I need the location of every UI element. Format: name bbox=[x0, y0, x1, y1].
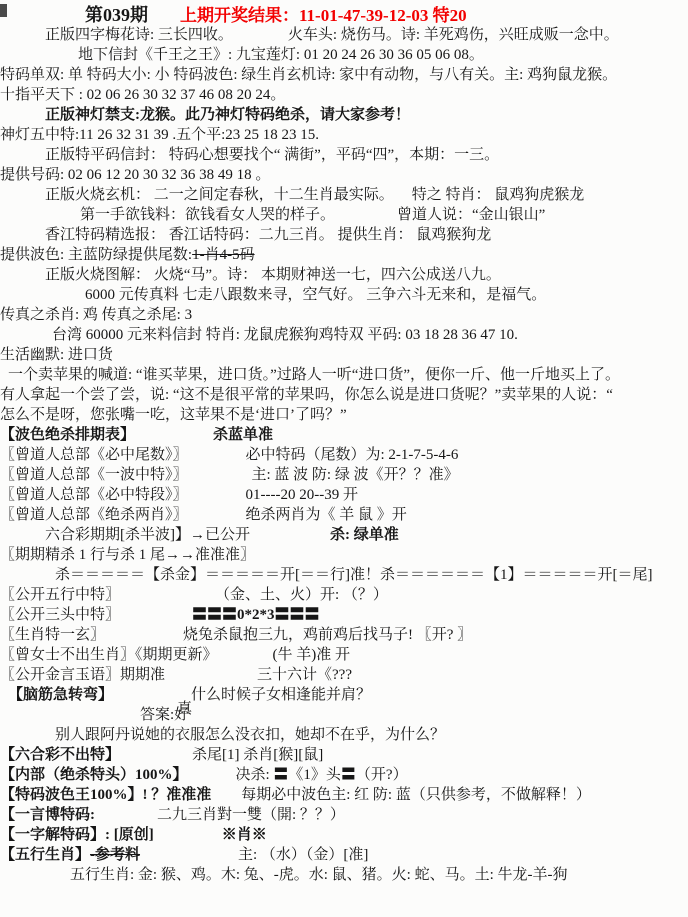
text-segment: 好真 bbox=[174, 705, 189, 725]
text-segment: 【特码波色王100%】! ？准准准 bbox=[0, 785, 211, 805]
text-segment: 五行生肖: 金: 猴、鸡。木: 兔、-虎。水: 鼠、猪。火: 蛇、马。土: 牛龙… bbox=[70, 865, 568, 885]
text-segment: 【五行生肖】 bbox=[0, 845, 90, 865]
text-line: 〖曾道人总部《必中特段》〗01----20 20--39 开 bbox=[0, 485, 688, 505]
text-segment: 曾道人说：“金山银山” bbox=[397, 205, 545, 225]
text-segment: 〓〓〓0*2*3〓〓〓 bbox=[192, 605, 320, 625]
text-segment: （金、土、火）开: （？） bbox=[215, 585, 388, 605]
text-line: 一个卖苹果的喊道: “谁买苹果，进口货。”过路人一听“进口货”，便你一斤、他一斤… bbox=[0, 365, 688, 385]
text-segment: 火车头: 烧伤马。诗: 羊死鸡伤，兴旺成贩一念中。 bbox=[288, 25, 619, 45]
text-line: 传真之杀肖: 鸡 传真之杀尾: 3 bbox=[0, 305, 688, 325]
text-line: 十指平天下 : 02 06 26 30 32 37 46 08 20 24。 bbox=[0, 85, 688, 105]
text-segment: 二九三肖對一雙（開: ？？） bbox=[157, 805, 345, 825]
text-line: 地下信封《千王之王》: 九宝莲灯: 01 20 24 26 30 36 05 0… bbox=[0, 45, 688, 65]
text-segment: 特码单双: 单 特码大小: 小 特码波色: 绿生肖玄机诗: 家中有动物，与八有关… bbox=[0, 65, 617, 85]
text-segment: 〖曾道人总部《必中尾数》〗 bbox=[0, 445, 188, 465]
text-segment: 〖公开金言玉语〗期期准 bbox=[0, 665, 165, 685]
scan-artifact bbox=[0, 4, 7, 17]
document-body: 第039期上期开奖结果：11-01-47-39-12-03 特20正版四字梅花诗… bbox=[0, 5, 688, 885]
text-segment: 什么时候子女相逢能并肩？ bbox=[191, 685, 371, 705]
text-line: 【一字解特码】: [原创]※肖※ bbox=[0, 825, 688, 845]
text-segment: 上期开奖结果：11-01-47-39-12-03 特20 bbox=[180, 6, 467, 26]
text-line: 有人拿起一个尝了尝，说: “这不是很平常的苹果吗，你怎么说是进口货呢？”卖苹果的… bbox=[0, 385, 688, 405]
text-segment: 正版火烧图解： 火烧“马”。诗： 本期财神送一七，四六公成送八九。 bbox=[45, 265, 501, 285]
text-segment: 香江特码精选报： 香江话特码：二九三肖。 提供生肖： 鼠鸡猴狗龙 bbox=[45, 225, 491, 245]
text-line: 正版神灯禁支:龙猴。此乃神灯特码绝杀，请大家参考！ bbox=[0, 105, 688, 125]
overlapped-char: 真 bbox=[177, 699, 192, 719]
text-line: 〖期期精杀 1 行与杀 1 尾→→准准准〗 bbox=[0, 545, 688, 565]
text-line: 正版特平码信封： 特码心想要找个“ 满街”，平码“四”，本期：一三。 bbox=[0, 145, 688, 165]
text-line: 〖生肖特一玄〗烧兔杀鼠抱三九，鸡前鸡后找马子! 〖开? 〗 bbox=[0, 625, 688, 645]
text-segment: 【一言博特码: bbox=[0, 805, 95, 825]
text-segment: 【一字解特码】: [原创] bbox=[0, 825, 154, 845]
text-segment: 一个卖苹果的喊道: “谁买苹果，进口货。”过路人一听“进口货”，便你一斤、他一斤… bbox=[8, 365, 620, 385]
text-segment: 杀＝＝＝＝＝【杀金】＝＝＝＝＝开[＝＝行]准！杀＝＝＝＝＝＝【1】＝＝＝＝＝开[… bbox=[55, 565, 653, 585]
text-segment: 〖曾道人总部《必中特段》〗 bbox=[0, 485, 188, 505]
text-line: 神灯五中特:11 26 32 31 39 .五个平:23 25 18 23 15… bbox=[0, 125, 688, 145]
text-line: 正版火烧图解： 火烧“马”。诗： 本期财神送一七，四六公成送八九。 bbox=[0, 265, 688, 285]
text-segment: 杀: 绿单准 bbox=[330, 525, 399, 545]
text-segment: 提供号码: 02 06 12 20 30 32 36 38 49 18 。 bbox=[0, 165, 270, 185]
text-line: 〖公开五行中特〗（金、土、火）开: （？） bbox=[0, 585, 688, 605]
text-line: 杀＝＝＝＝＝【杀金】＝＝＝＝＝开[＝＝行]准！杀＝＝＝＝＝＝【1】＝＝＝＝＝开[… bbox=[0, 565, 688, 585]
text-line: 【特码波色王100%】! ？准准准每期必中波色主: 红 防: 蓝（只供参考，不做… bbox=[0, 785, 688, 805]
text-segment: 【脑筋急转弯】 bbox=[8, 685, 113, 705]
text-segment: 生活幽默: 进口货 bbox=[0, 345, 113, 365]
text-line: 第039期上期开奖结果：11-01-47-39-12-03 特20 bbox=[0, 5, 688, 25]
text-line: 【波色绝杀排期表】杀蓝单准 bbox=[0, 425, 688, 445]
text-line: 〖曾女士不出生肖〗《期期更新》(牛 羊)准 开 bbox=[0, 645, 688, 665]
text-line: 第一手欲钱料：欲钱看女人哭的样子。曾道人说：“金山银山” bbox=[0, 205, 688, 225]
text-segment: 十指平天下 : 02 06 26 30 32 37 46 08 20 24。 bbox=[0, 85, 285, 105]
text-segment: 1-肖4-5码 bbox=[192, 245, 255, 265]
text-segment: 正版火烧玄机： 二一之间定春秋，十二生肖最实际。 bbox=[45, 185, 394, 205]
text-segment: 台湾 60000 元来料信封 特肖: 龙鼠虎猴狗鸡特双 平码: 03 18 28… bbox=[52, 325, 518, 345]
text-segment: 烧兔杀鼠抱三九，鸡前鸡后找马子! 〖开? 〗 bbox=[183, 625, 472, 645]
text-segment: 有人拿起一个尝了尝，说: “这不是很平常的苹果吗，你怎么说是进口货呢？”卖苹果的… bbox=[0, 385, 613, 405]
text-line: 答案: 好真 bbox=[0, 705, 688, 725]
text-segment: 必中特码（尾数）为: 2-1-7-5-4-6 bbox=[246, 445, 459, 465]
text-segment: 答案: bbox=[140, 705, 174, 725]
text-segment: 怎么不是呀，您张嘴一吃，这苹果不是‘进口’了吗？” bbox=[0, 405, 347, 425]
text-segment: 杀尾[1] 杀肖[猴][鼠] bbox=[192, 745, 323, 765]
text-segment: 特之 特肖： 鼠鸡狗虎猴龙 bbox=[412, 185, 585, 205]
text-line: 〖曾道人总部《必中尾数》〗必中特码（尾数）为: 2-1-7-5-4-6 bbox=[0, 445, 688, 465]
text-segment: 决杀: 〓《1》头〓（开?） bbox=[236, 765, 408, 785]
text-segment: 〖生肖特一玄〗 bbox=[0, 625, 105, 645]
text-segment: 六合彩期期[杀半波]】→已公开 bbox=[45, 525, 250, 545]
text-segment: 【波色绝杀排期表】 bbox=[0, 425, 135, 445]
text-segment: 〖公开三头中特〗 bbox=[0, 605, 120, 625]
text-line: 〖曾道人总部《绝杀两肖》〗绝杀两肖为《 羊 鼠 》开 bbox=[0, 505, 688, 525]
text-line: 【一言博特码:二九三肖對一雙（開: ？？） bbox=[0, 805, 688, 825]
text-segment: 〖期期精杀 1 行与杀 1 尾→→准准准〗 bbox=[0, 545, 255, 565]
text-segment: 地下信封《千王之王》: 九宝莲灯: 01 20 24 26 30 36 05 0… bbox=[78, 45, 484, 65]
text-line: 〖曾道人总部《一波中特》〗主: 蓝 波 防: 绿 波《开？？准》 bbox=[0, 465, 688, 485]
text-line: 怎么不是呀，您张嘴一吃，这苹果不是‘进口’了吗？” bbox=[0, 405, 688, 425]
text-segment: 6000 元传真料 七走八跟数来寻，空气好。 三争六斗无来和，是福气。 bbox=[85, 285, 546, 305]
text-line: 【五行生肖】-参考料主: （水）（金）[准] bbox=[0, 845, 688, 865]
text-segment: 每期必中波色主: 红 防: 蓝（只供参考，不做解释！） bbox=[241, 785, 591, 805]
text-segment: 杀蓝单准 bbox=[213, 425, 273, 445]
text-segment: 绝杀两肖为《 羊 鼠 》开 bbox=[246, 505, 407, 525]
text-line: 五行生肖: 金: 猴、鸡。木: 兔、-虎。水: 鼠、猪。火: 蛇、马。土: 牛龙… bbox=[0, 865, 688, 885]
text-line: 正版四字梅花诗: 三长四收。火车头: 烧伤马。诗: 羊死鸡伤，兴旺成贩一念中。 bbox=[0, 25, 688, 45]
text-segment: 正版特平码信封： 特码心想要找个“ 满街”，平码“四”，本期：一三。 bbox=[45, 145, 499, 165]
text-segment: ※肖※ bbox=[222, 825, 267, 845]
text-line: 提供波色: 主蓝防绿提供尾数: 1-肖4-5码 bbox=[0, 245, 688, 265]
text-segment: 主: 蓝 波 防: 绿 波《开？？准》 bbox=[252, 465, 459, 485]
text-segment: 正版神灯禁支:龙猴。此乃神灯特码绝杀，请大家参考！ bbox=[45, 105, 410, 125]
text-segment: 〖曾道人总部《一波中特》〗 bbox=[0, 465, 188, 485]
text-line: 【脑筋急转弯】什么时候子女相逢能并肩？ bbox=[0, 685, 688, 705]
text-segment: -参考料 bbox=[90, 845, 140, 865]
text-segment: 【六合彩不出特】 bbox=[0, 745, 120, 765]
text-line: 六合彩期期[杀半波]】→已公开杀: 绿单准 bbox=[0, 525, 688, 545]
text-line: 特码单双: 单 特码大小: 小 特码波色: 绿生肖玄机诗: 家中有动物，与八有关… bbox=[0, 65, 688, 85]
text-segment: 别人跟阿丹说她的衣服怎么没衣扣，她却不在乎，为什么？ bbox=[55, 725, 445, 745]
text-line: 【六合彩不出特】杀尾[1] 杀肖[猴][鼠] bbox=[0, 745, 688, 765]
text-segment: 正版四字梅花诗: 三长四收。 bbox=[45, 25, 233, 45]
text-line: 〖公开金言玉语〗期期准三十六计《??? bbox=[0, 665, 688, 685]
text-line: 6000 元传真料 七走八跟数来寻，空气好。 三争六斗无来和，是福气。 bbox=[0, 285, 688, 305]
lottery-tip-sheet: 第039期上期开奖结果：11-01-47-39-12-03 特20正版四字梅花诗… bbox=[0, 0, 688, 917]
text-line: 台湾 60000 元来料信封 特肖: 龙鼠虎猴狗鸡特双 平码: 03 18 28… bbox=[0, 325, 688, 345]
text-segment: 主: （水）（金）[准] bbox=[238, 845, 368, 865]
text-segment: 三十六计《??? bbox=[257, 665, 352, 685]
text-line: 提供号码: 02 06 12 20 30 32 36 38 49 18 。 bbox=[0, 165, 688, 185]
text-segment: 01----20 20--39 开 bbox=[246, 485, 358, 505]
text-segment: 【内部（绝杀特头）100%】 bbox=[0, 765, 188, 785]
text-line: 〖公开三头中特〗〓〓〓0*2*3〓〓〓 bbox=[0, 605, 688, 625]
text-segment: 〖曾道人总部《绝杀两肖》〗 bbox=[0, 505, 188, 525]
text-line: 正版火烧玄机： 二一之间定春秋，十二生肖最实际。特之 特肖： 鼠鸡狗虎猴龙 bbox=[0, 185, 688, 205]
text-segment: 提供波色: 主蓝防绿提供尾数: bbox=[0, 245, 192, 265]
text-line: 生活幽默: 进口货 bbox=[0, 345, 688, 365]
text-segment: 〖公开五行中特〗 bbox=[0, 585, 120, 605]
text-line: 【内部（绝杀特头）100%】决杀: 〓《1》头〓（开?） bbox=[0, 765, 688, 785]
text-line: 香江特码精选报： 香江话特码：二九三肖。 提供生肖： 鼠鸡猴狗龙 bbox=[0, 225, 688, 245]
text-segment: 第039期 bbox=[85, 5, 148, 25]
text-segment: 传真之杀肖: 鸡 传真之杀尾: 3 bbox=[0, 305, 192, 325]
text-segment: (牛 羊)准 开 bbox=[273, 645, 351, 665]
text-segment: 神灯五中特:11 26 32 31 39 .五个平:23 25 18 23 15… bbox=[0, 125, 319, 145]
text-line: 别人跟阿丹说她的衣服怎么没衣扣，她却不在乎，为什么？ bbox=[0, 725, 688, 745]
text-segment: 第一手欲钱料：欲钱看女人哭的样子。 bbox=[80, 205, 335, 225]
text-segment: 〖曾女士不出生肖〗《期期更新》 bbox=[0, 645, 218, 665]
